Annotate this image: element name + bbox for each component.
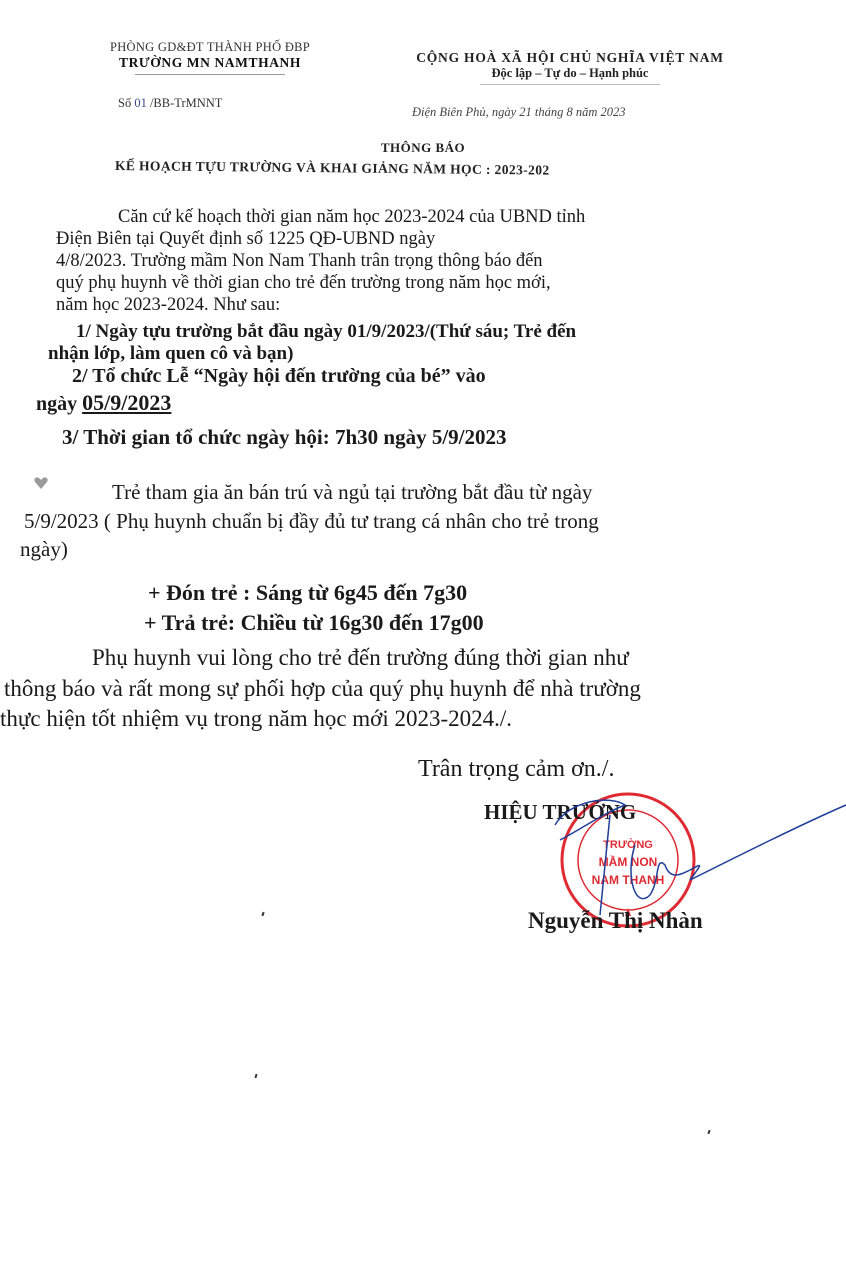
divider <box>135 74 285 75</box>
department-name: PHÒNG GD&ĐT THÀNH PHỐ ĐBP <box>60 40 360 55</box>
national-motto-block: CỘNG HOÀ XÃ HỘI CHỦ NGHĨA VIỆT NAM Độc l… <box>370 50 770 85</box>
document-number: Số 01 /BB-TrMNNT <box>118 96 222 111</box>
boarding-line: Trẻ tham gia ăn bán trú và ngủ tại trườn… <box>112 480 592 505</box>
intro-line: năm học 2023-2024. Như sau: <box>56 295 280 316</box>
issuing-authority-block: PHÒNG GD&ĐT THÀNH PHỐ ĐBP TRƯỜNG MN NAMT… <box>60 40 360 75</box>
heart-icon <box>33 475 49 491</box>
closing-line: Phụ huynh vui lòng cho trẻ đến trường đú… <box>92 645 629 671</box>
scan-speck <box>261 912 264 916</box>
item-2-date-line: ngày 05/9/2023 <box>36 390 171 416</box>
item-1: 1/ Ngày tựu trường bắt đầu ngày 01/9/202… <box>76 321 576 343</box>
ceremony-date: 05/9/2023 <box>82 390 171 415</box>
place-date: Điện Biên Phủ, ngày 21 tháng 8 năm 2023 <box>412 105 626 120</box>
closing-line: thực hiện tốt nhiệm vụ trong năm học mới… <box>0 706 512 732</box>
boarding-line: ngày) <box>20 537 68 562</box>
pickup-time: + Trả trẻ: Chiều từ 16g30 đến 17g00 <box>144 610 484 636</box>
document-title: THÔNG BÁO <box>0 140 846 156</box>
item-3: 3/ Thời gian tổ chức ngày hội: 7h30 ngày… <box>62 425 507 450</box>
intro-line: Căn cứ kế hoạch thời gian năm học 2023-2… <box>118 207 585 228</box>
intro-line: 4/8/2023. Trường mầm Non Nam Thanh trân … <box>56 251 543 272</box>
intro-line: Điện Biên tại Quyết định số 1225 QĐ-UBND… <box>56 229 435 250</box>
doc-number-handwritten: 01 <box>134 96 147 110</box>
document-subtitle: KẾ HOẠCH TỰU TRƯỜNG VÀ KHAI GIẢNG NĂM HỌ… <box>115 158 550 179</box>
item-1-cont: nhận lớp, làm quen cô và bạn) <box>48 343 293 365</box>
boarding-line: 5/9/2023 ( Phụ huynh chuẩn bị đầy đủ tư … <box>24 509 599 534</box>
scan-speck <box>254 1074 257 1078</box>
country-name: CỘNG HOÀ XÃ HỘI CHỦ NGHĨA VIỆT NAM <box>370 50 770 66</box>
dropoff-time: + Đón trẻ : Sáng từ 6g45 đến 7g30 <box>148 580 467 606</box>
motto: Độc lập – Tự do – Hạnh phúc <box>370 66 770 81</box>
intro-line: quý phụ huynh về thời gian cho trẻ đến t… <box>56 273 551 294</box>
divider <box>480 84 660 85</box>
item-2: 2/ Tổ chức Lễ “Ngày hội đến trường của b… <box>72 365 486 388</box>
scan-speck <box>707 1130 710 1134</box>
closing-line: thông báo và rất mong sự phối hợp của qu… <box>4 676 641 702</box>
school-name: TRƯỜNG MN NAMTHANH <box>60 55 360 71</box>
signatory-name: Nguyễn Thị Nhàn <box>528 908 703 934</box>
thanks-line: Trân trọng cảm ơn./. <box>418 756 614 783</box>
